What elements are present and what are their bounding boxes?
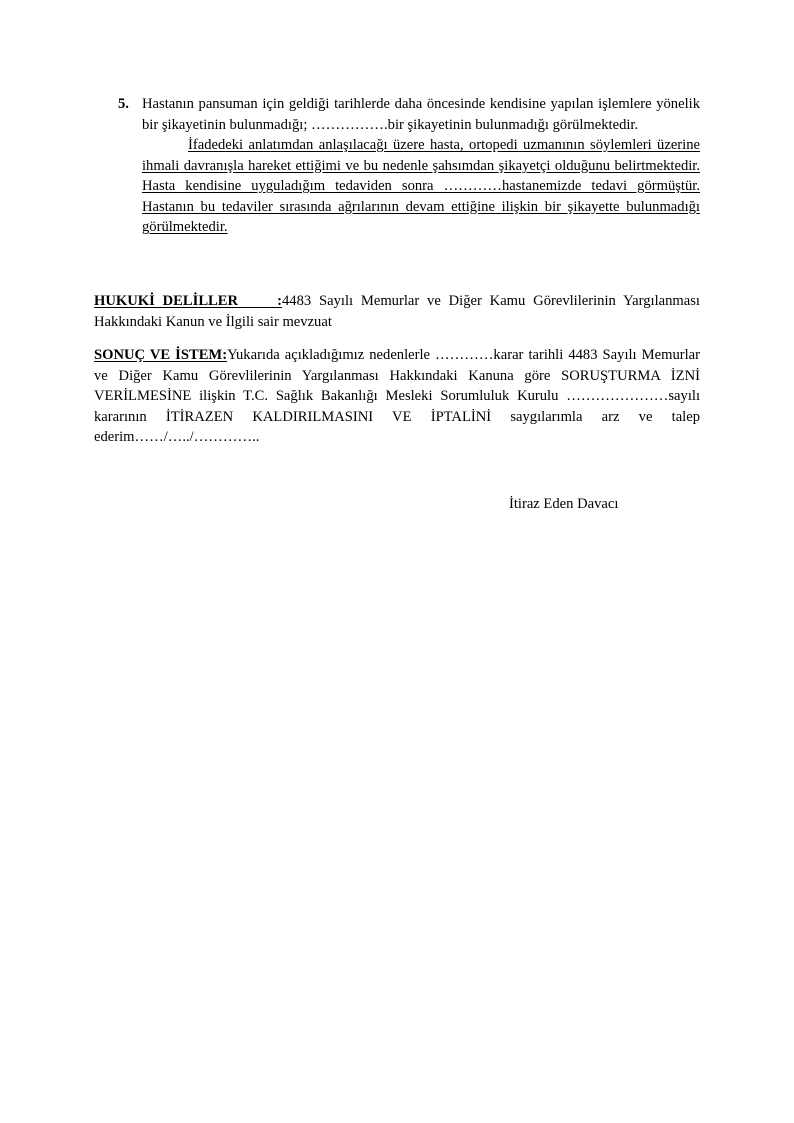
document-page: 5. Hastanın pansuman için geldiği tarihl…	[0, 0, 794, 1123]
legal-evidence-label: HUKUKİ DELİLLER :	[94, 293, 282, 309]
conclusion-section: SONUÇ VE İSTEM:Yukarıda açıkladığımız ne…	[94, 345, 700, 448]
item-body: Hastanın pansuman için geldiği tarihlerd…	[142, 94, 700, 238]
item-statement-paragraph: İfadedeki anlatımdan anlaşılacağı üzere …	[142, 135, 700, 238]
conclusion-label: SONUÇ VE İSTEM:	[94, 347, 227, 363]
underlined-statement: İfadedeki anlatımdan anlaşılacağı üzere …	[142, 137, 700, 235]
legal-evidence-section: HUKUKİ DELİLLER :4483 Sayılı Memurlar ve…	[94, 291, 700, 332]
signature-line: İtiraz Eden Davacı	[509, 494, 618, 514]
item-number: 5.	[118, 94, 129, 115]
list-item-5: 5. Hastanın pansuman için geldiği tarihl…	[118, 94, 700, 238]
item-intro-text: Hastanın pansuman için geldiği tarihlerd…	[142, 94, 700, 135]
